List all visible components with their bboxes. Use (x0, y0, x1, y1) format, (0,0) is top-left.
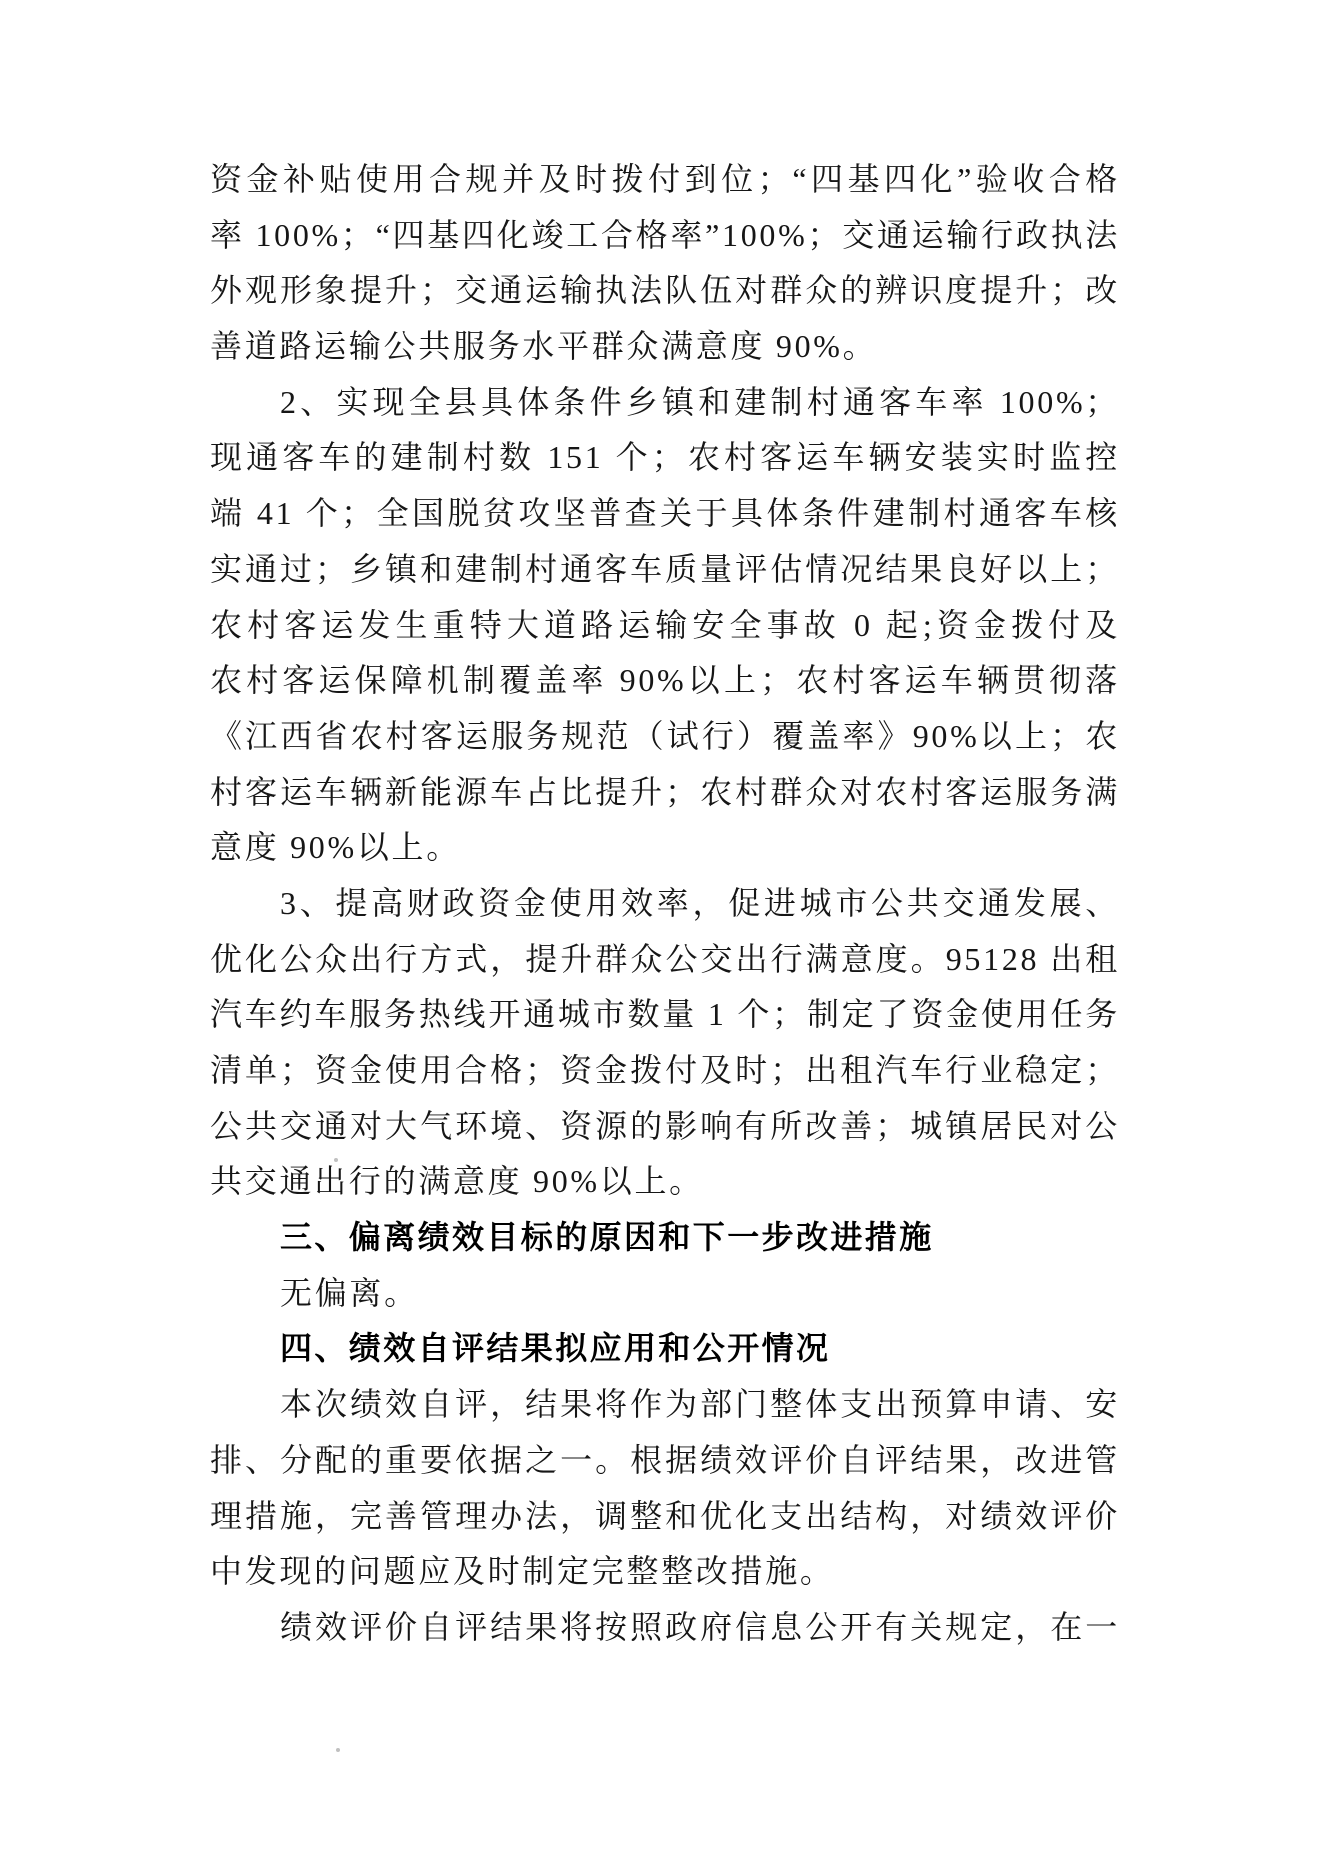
document-line: 农村客运发生重特大道路运输安全事故 0 起;资金拨付及时； (210, 598, 1120, 654)
text-block: 资金补贴使用合规并及时拨付到位；“四基四化”验收合格率 100%；“四基四化竣工… (210, 152, 1120, 1656)
document-line: 村客运车辆新能源车占比提升；农村群众对农村客运服务满 (210, 765, 1120, 821)
document-line: 善道路运输公共服务水平群众满意度 90%。 (210, 319, 1120, 375)
section-heading: 四、绩效自评结果拟应用和公开情况 (210, 1321, 1120, 1377)
document-line: 排、分配的重要依据之一。根据绩效评价自评结果，改进管 (210, 1433, 1120, 1489)
section-heading: 三、偏离绩效目标的原因和下一步改进措施 (210, 1210, 1120, 1266)
document-page: 资金补贴使用合规并及时拨付到位；“四基四化”验收合格率 100%；“四基四化竣工… (0, 0, 1322, 1871)
document-line: 《江西省农村客运服务规范（试行）覆盖率》90%以上；农 (210, 709, 1120, 765)
document-line: 外观形象提升；交通运输执法队伍对群众的辨识度提升；改 (210, 263, 1120, 319)
document-line: 2、实现全县具体条件乡镇和建制村通客车率 100%；实 (210, 375, 1120, 431)
document-line: 资金补贴使用合规并及时拨付到位；“四基四化”验收合格 (210, 152, 1120, 208)
document-line: 本次绩效自评，结果将作为部门整体支出预算申请、安 (210, 1377, 1120, 1433)
document-line: 公共交通对大气环境、资源的影响有所改善；城镇居民对公 (210, 1099, 1120, 1155)
document-line: 优化公众出行方式，提升群众公交出行满意度。95128 出租 (210, 932, 1120, 988)
document-line: 意度 90%以上。 (210, 820, 1120, 876)
document-line: 共交通出行的满意度 90%以上。 (210, 1154, 1120, 1210)
document-line: 清单；资金使用合格；资金拨付及时；出租汽车行业稳定； (210, 1043, 1120, 1099)
document-line: 汽车约车服务热线开通城市数量 1 个；制定了资金使用任务 (210, 987, 1120, 1043)
document-line: 理措施，完善管理办法，调整和优化支出结构，对绩效评价 (210, 1489, 1120, 1545)
document-line: 无偏离。 (210, 1266, 1120, 1322)
scan-speck (334, 1158, 338, 1162)
document-line: 现通客车的建制村数 151 个；农村客运车辆安装实时监控终 (210, 430, 1120, 486)
document-line: 实通过；乡镇和建制村通客车质量评估情况结果良好以上； (210, 542, 1120, 598)
scan-speck (336, 1748, 340, 1752)
document-line: 率 100%；“四基四化竣工合格率”100%；交通运输行政执法 (210, 208, 1120, 264)
document-line: 农村客运保障机制覆盖率 90%以上；农村客运车辆贯彻落实 (210, 653, 1120, 709)
document-line: 绩效评价自评结果将按照政府信息公开有关规定，在一 (210, 1600, 1120, 1656)
document-line: 中发现的问题应及时制定完整整改措施。 (210, 1544, 1120, 1600)
document-line: 端 41 个；全国脱贫攻坚普查关于具体条件建制村通客车核 (210, 486, 1120, 542)
document-line: 3、提高财政资金使用效率，促进城市公共交通发展、 (210, 876, 1120, 932)
